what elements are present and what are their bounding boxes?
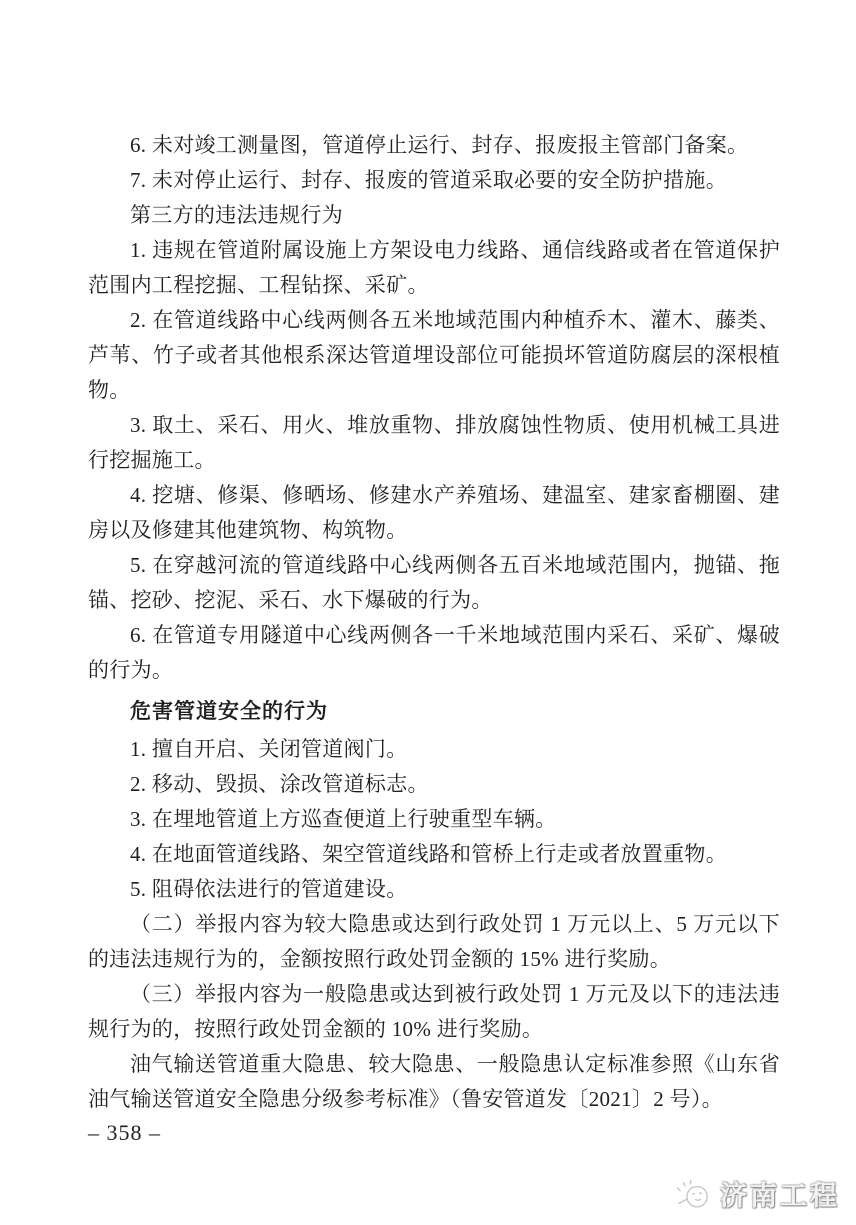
paragraph: 7. 未对停止运行、封存、报废的管道采取必要的安全防护措施。 (88, 163, 780, 198)
paragraph: 3. 在埋地管道上方巡查便道上行驶重型车辆。 (88, 802, 780, 837)
paragraph: （二）举报内容为较大隐患或达到行政处罚 1 万元以上、5 万元以下的违法违规行为… (88, 907, 780, 977)
document-page: 6. 未对竣工测量图，管道停止运行、封存、报废报主管部门备案。 7. 未对停止运… (0, 0, 856, 1225)
section-heading: 危害管道安全的行为 (88, 694, 780, 729)
paragraph: （三）举报内容为一般隐患或达到被行政处罚 1 万元及以下的违法违规行为的，按照行… (88, 977, 780, 1047)
paragraph: 6. 未对竣工测量图，管道停止运行、封存、报废报主管部门备案。 (88, 128, 780, 163)
paragraph: 6. 在管道专用隧道中心线两侧各一千米地域范围内采石、采矿、爆破的行为。 (88, 618, 780, 688)
paragraph: 2. 在管道线路中心线两侧各五米地域范围内种植乔木、灌木、藤类、芦苇、竹子或者其… (88, 303, 780, 408)
paragraph: 5. 在穿越河流的管道线路中心线两侧各五百米地域范围内，抛锚、拖锚、挖砂、挖泥、… (88, 548, 780, 618)
mascot-face-icon (670, 1177, 716, 1211)
section-subheading: 第三方的违法违规行为 (88, 198, 780, 233)
paragraph: 2. 移动、毁损、涂改管道标志。 (88, 767, 780, 802)
paragraph: 5. 阻碍依法进行的管道建设。 (88, 872, 780, 907)
watermark: 济南工程 (670, 1174, 840, 1213)
paragraph: 油气输送管道重大隐患、较大隐患、一般隐患认定标准参照《山东省油气输送管道安全隐患… (88, 1047, 780, 1117)
paragraph: 4. 挖塘、修渠、修晒场、修建水产养殖场、建温室、建家畜棚圈、建房以及修建其他建… (88, 478, 780, 548)
watermark-text: 济南工程 (720, 1174, 840, 1213)
paragraph: 3. 取土、采石、用火、堆放重物、排放腐蚀性物质、使用机械工具进行挖掘施工。 (88, 408, 780, 478)
paragraph: 1. 擅自开启、关闭管道阀门。 (88, 732, 780, 767)
paragraph: 1. 违规在管道附属设施上方架设电力线路、通信线路或者在管道保护范围内工程挖掘、… (88, 233, 780, 303)
document-body: 6. 未对竣工测量图，管道停止运行、封存、报废报主管部门备案。 7. 未对停止运… (88, 128, 780, 1117)
paragraph: 4. 在地面管道线路、架空管道线路和管桥上行走或者放置重物。 (88, 837, 780, 872)
page-number: – 358 – (88, 1120, 161, 1146)
